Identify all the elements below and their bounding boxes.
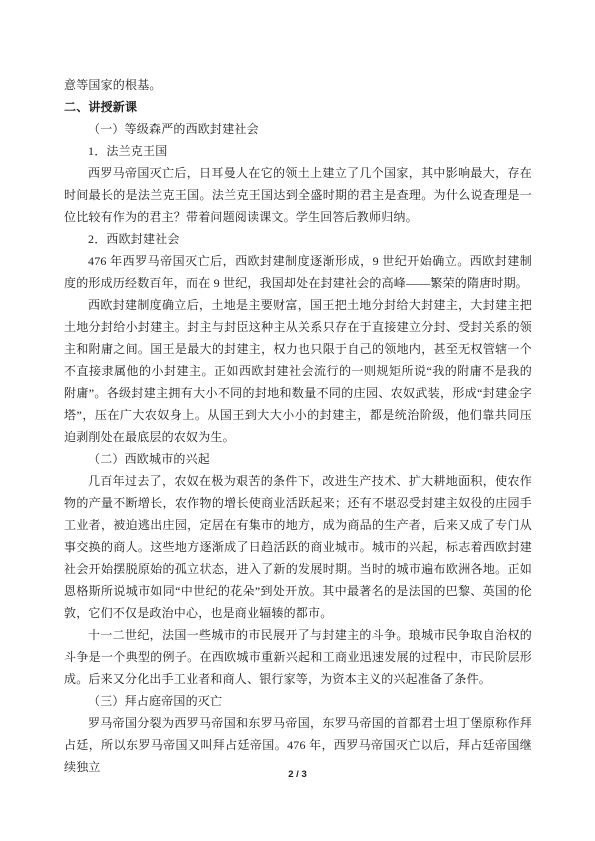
paragraph: 476 年西罗马帝国灭亡后，西欧封建制度逐渐形成，9 世纪开始确立。西欧封建制度… (64, 250, 532, 294)
subsection-heading: （一）等级森严的西欧封建社会 (64, 118, 532, 140)
subsection-heading: （三）拜占庭帝国的灭亡 (64, 690, 532, 712)
subsection-heading: （二）西欧城市的兴起 (64, 448, 532, 470)
paragraph: 十一二世纪，法国一些城市的市民展开了与封建主的斗争。琅城市民争取自治权的斗争是一… (64, 624, 532, 690)
numbered-item-heading: 2．西欧封建社会 (64, 228, 532, 250)
document-body: 意等国家的根基。二、讲授新课（一）等级森严的西欧封建社会1．法兰克王国西罗马帝国… (64, 74, 532, 778)
paragraph-continuation: 意等国家的根基。 (64, 74, 532, 96)
paragraph: 西罗马帝国灭亡后，日耳曼人在它的领土上建立了几个国家，其中影响最大，存在时间最长… (64, 162, 532, 228)
document-page: 意等国家的根基。二、讲授新课（一）等级森严的西欧封建社会1．法兰克王国西罗马帝国… (0, 0, 595, 841)
paragraph: 几百年过去了，农奴在极为艰苦的条件下，改进生产技术、扩大耕地面积，使农作物的产量… (64, 470, 532, 624)
page-number: 2 / 3 (0, 769, 595, 780)
section-heading: 二、讲授新课 (64, 96, 532, 118)
paragraph: 西欧封建制度确立后，土地是主要财富，国王把土地分封给大封建主，大封建主把土地分封… (64, 294, 532, 448)
numbered-item-heading: 1．法兰克王国 (64, 140, 532, 162)
